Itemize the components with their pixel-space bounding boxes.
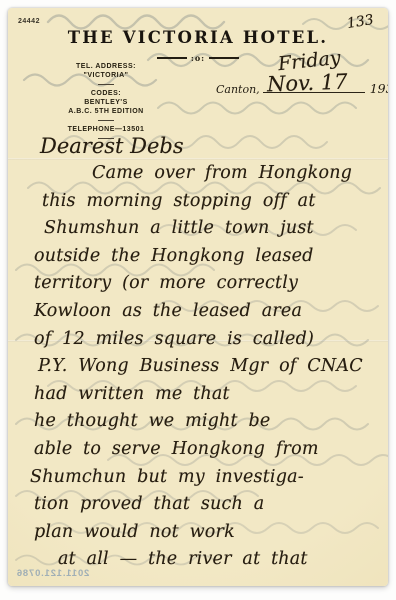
letter-line: of 12 miles square is called)	[34, 326, 382, 354]
letter-line: tion proved that such a	[34, 491, 382, 519]
letter-line: had written me that	[34, 381, 382, 409]
telephone-line: TELEPHONE—13501	[36, 125, 176, 134]
letter-line: P.Y. Wong Business Mgr of CNAC	[38, 353, 382, 381]
letter-paper: 24442 133 THE VICTORIA HOTEL. :o: TEL. A…	[8, 8, 388, 586]
scanned-letter-page: 24442 133 THE VICTORIA HOTEL. :o: TEL. A…	[0, 0, 396, 600]
dateline-place: Canton,	[216, 83, 260, 96]
letter-line: Shumchun but my investiga-	[30, 464, 382, 492]
letter-line: Kowloon as the leased area	[34, 298, 382, 326]
letter-line: territory (or more correctly	[34, 270, 382, 298]
ornament-glyph: :o:	[191, 53, 205, 63]
tel-address-label: TEL. ADDRESS:	[36, 62, 176, 71]
dateline: Canton, Nov. 17 193 .	[216, 78, 388, 97]
tel-address-value: "VICTORIA"	[36, 71, 176, 80]
letter-line: he thought we might be	[34, 408, 382, 436]
letter-line: able to serve Hongkong from	[34, 436, 382, 464]
letter-line: Shumshun a little town just	[44, 215, 382, 243]
codes-label: CODES:	[36, 89, 176, 98]
letter-line: outside the Hongkong leased	[34, 243, 382, 271]
hotel-name: THE VICTORIA HOTEL.	[8, 28, 388, 47]
letter-line: at all — the river at that	[58, 546, 382, 574]
ornament-rule-left	[157, 57, 187, 59]
contact-divider	[98, 138, 114, 139]
contact-divider	[98, 84, 114, 85]
contact-block: TEL. ADDRESS: "VICTORIA" CODES: BENTLEY'…	[36, 62, 176, 143]
ornament-rule-right	[209, 57, 239, 59]
serial-number: 24442	[18, 18, 40, 25]
letter-body: Dearest Debs Came over from Hongkongthis…	[28, 134, 382, 574]
contact-divider	[98, 120, 114, 121]
dateline-blank: Nov. 17	[263, 78, 365, 93]
letter-line: Came over from Hongkong	[92, 160, 382, 188]
dateline-date-handwritten: Nov. 17	[266, 70, 347, 97]
codes-line2: A.B.C. 5TH EDITION	[36, 107, 176, 116]
letter-line: plan would not work	[34, 519, 382, 547]
dateline-year-printed: 193	[370, 81, 388, 96]
codes-line1: BENTLEY'S	[36, 98, 176, 107]
letter-line: this morning stopping off at	[42, 188, 382, 216]
